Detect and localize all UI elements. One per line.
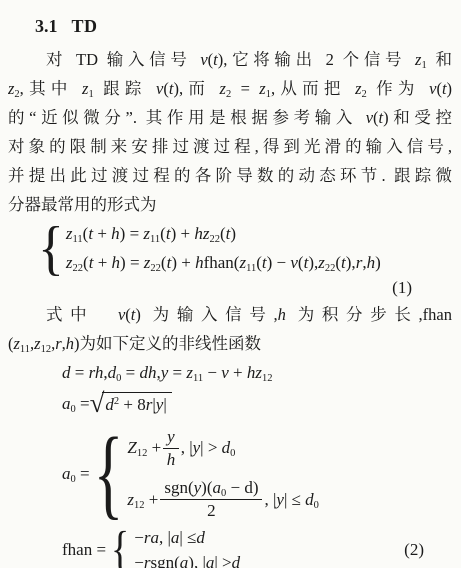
para-line: 对 TD 输入信号 v(t),它将输出 2 个信号 z1 和 [8,45,452,74]
fhan-cases: − ra, |a| ≤ d − rsgn(a), |a| > d [134,527,240,568]
paragraph-1: 对 TD 输入信号 v(t),它将输出 2 个信号 z1 和 z2,其中 z1 … [8,45,452,219]
equation-2-number: (2) [404,540,424,560]
equation-definitions: d = rh,d0 = dh,y = z11 − v + hz12 [62,359,452,386]
para-line: 分器最常用的形式为 [8,190,452,219]
fraction: sgn(y)(a0 − d) 2 [160,478,262,520]
section-title: TD [72,16,98,36]
left-brace: { [38,218,64,278]
equation-1-number: (1) [392,278,412,297]
fraction-denominator: 2 [207,500,216,521]
para-line: z2,其中 z1 跟踪 v(t),而 z2 = z1,从而把 z2 作为 v(t… [8,74,452,103]
section-number: 3.1 [35,16,58,36]
equation-fhan: fhan = { − ra, |a| ≤ d − rsgn(a), |a| > … [62,527,452,568]
para-line: (z11,z12,r,h)为如下定义的非线性函数 [8,329,452,358]
a0-case-2-condition: , |y| ≤ d0 [264,489,318,510]
para-line: 对象的限制来安排过渡过程,得到光滑的输入信号, [8,132,452,161]
para-line: 式中 v(t) 为输入信号,h 为积分步长,fhan [8,300,452,329]
paragraph-2: 式中 v(t) 为输入信号,h 为积分步长,fhan (z11,z12,r,h)… [8,300,452,358]
equation-a0-sqrt: a0 = √ d2 + 8r|y| [62,389,452,422]
para-line: 的“近似微分”. 其作用是根据参考输入 v(t)和受控 [8,103,452,132]
fraction-numerator: sgn(y)(a0 − d) [160,478,262,500]
fraction-numerator: y [163,427,179,449]
a0-case-2: z12 + sgn(y)(a0 − d) 2 , |y| ≤ d0 [127,478,319,520]
equation-1-number-row: (1) [8,276,452,300]
a0-case-2-pre: z12 + [127,489,158,510]
radicand: d2 + 8r|y| [102,392,171,416]
left-brace: { [111,525,129,568]
equation-1: { z11(t + h) = z11(t) + hz22(t) z22(t + … [38,220,452,276]
equation-1-line-2: z22(t + h) = z22(t) + hfhan(z11(t) − v(t… [66,249,381,276]
equation-a0-sqrt-lhs: a0 = [62,389,90,419]
equation-1-line-1: z11(t + h) = z11(t) + hz22(t) [66,220,381,247]
a0-case-1-condition: , |y| > d0 [181,437,236,458]
equation-a0-cases: a0 = { Z12 + y h , |y| > d0 z12 + sgn(y)… [62,427,452,520]
a0-cases: Z12 + y h , |y| > d0 z12 + sgn(y)(a0 − d… [127,427,319,520]
fraction-denominator: h [167,449,176,470]
a0-case-1-pre: Z12 + [127,437,161,458]
equation-fhan-lhs: fhan = [62,540,106,560]
fraction: y h [163,427,179,469]
a0-case-1: Z12 + y h , |y| > d0 [127,427,319,469]
equation-a0-lhs: a0 = [62,464,90,484]
fhan-case-1: − ra, |a| ≤ d [134,527,240,548]
equation-1-lines: z11(t + h) = z11(t) + hz22(t) z22(t + h)… [66,220,381,276]
document-page: 3.1TD 对 TD 输入信号 v(t),它将输出 2 个信号 z1 和 z2,… [0,0,461,568]
para-line: 并提出此过渡过程的各阶导数的动态环节. 跟踪微 [8,161,452,190]
square-root: √ d2 + 8r|y| [90,389,172,417]
left-brace: { [94,423,124,523]
fhan-case-2: − rsgn(a), |a| > d [134,552,240,568]
section-heading: 3.1TD [35,14,452,38]
